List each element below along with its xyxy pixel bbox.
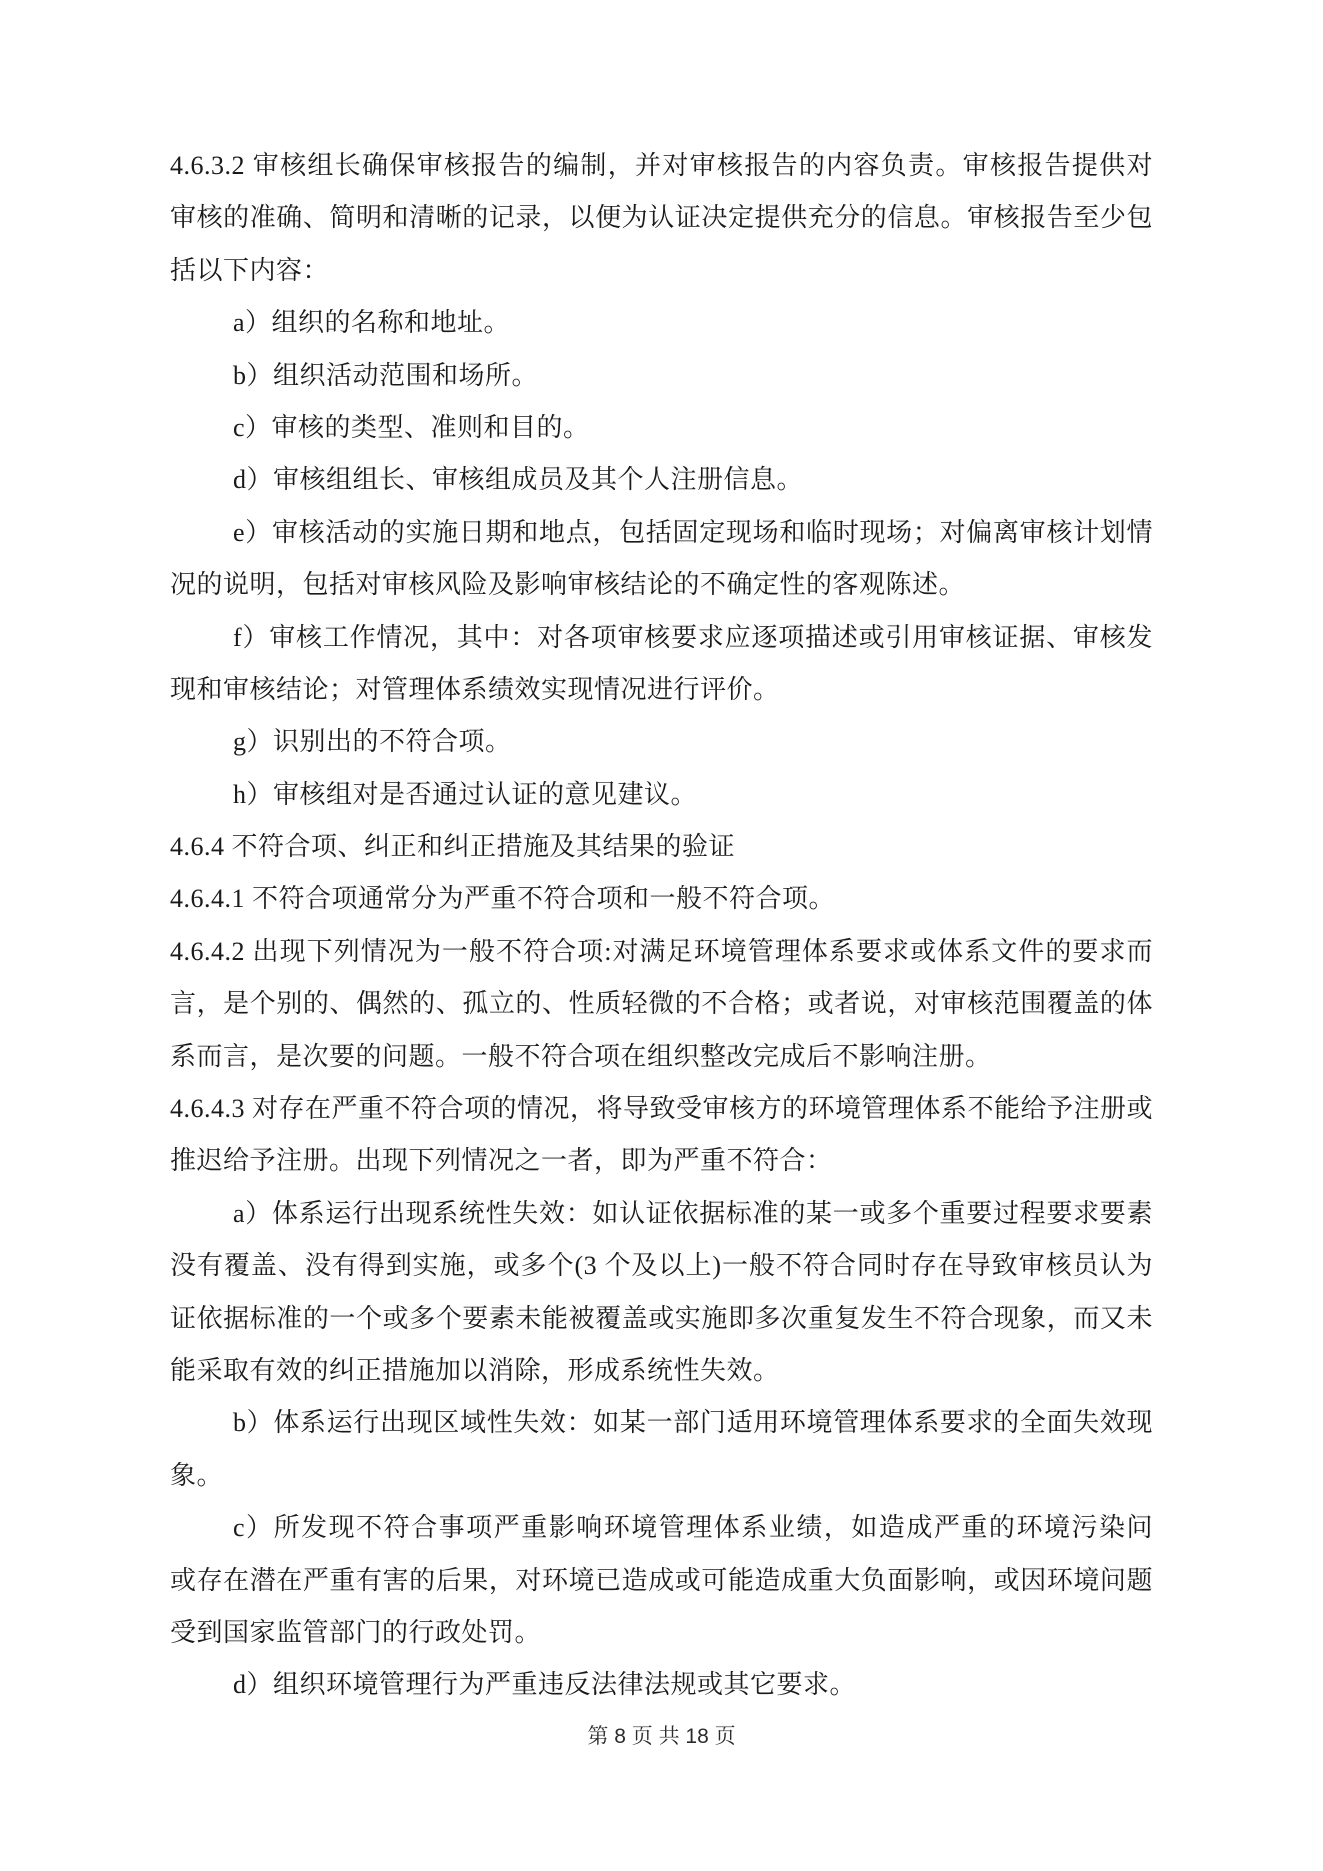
document-page: 4.6.3.2 审核组长确保审核报告的编制，并对审核报告的内容负责。审核报告提供…	[0, 0, 1323, 1871]
text-line: 况的说明，包括对审核风险及影响审核结论的不确定性的客观陈述。	[170, 559, 1153, 611]
text-line: 受到国家监管部门的行政处罚。	[170, 1607, 1153, 1659]
page-footer: 第 8 页 共 18 页	[0, 1722, 1323, 1752]
list-item-line: c）审核的类型、准则和目的。	[170, 402, 1153, 454]
text-line: 4.6.4.1 不符合项通常分为严重不符合项和一般不符合项。	[170, 873, 1153, 925]
text-line: 或存在潜在严重有害的后果，对环境已造成或可能造成重大负面影响，或因环境问题	[170, 1555, 1153, 1607]
list-item-line: d）组织环境管理行为严重违反法律法规或其它要求。	[170, 1659, 1153, 1711]
text-line: 推迟给予注册。出现下列情况之一者，即为严重不符合：	[170, 1135, 1153, 1187]
list-item-line: b）体系运行出现区域性失效：如某一部门适用环境管理体系要求的全面失效现	[170, 1397, 1153, 1449]
text-line: 言，是个别的、偶然的、孤立的、性质轻微的不合格；或者说，对审核范围覆盖的体	[170, 978, 1153, 1030]
list-item-line: b）组织活动范围和场所。	[170, 350, 1153, 402]
list-item-line: e）审核活动的实施日期和地点，包括固定现场和临时现场；对偏离审核计划情	[170, 507, 1153, 559]
list-item-line: a）体系运行出现系统性失效：如认证依据标准的某一或多个重要过程要求要素	[170, 1188, 1153, 1240]
text-line: 系而言，是次要的问题。一般不符合项在组织整改完成后不影响注册。	[170, 1031, 1153, 1083]
text-line: 4.6.3.2 审核组长确保审核报告的编制，并对审核报告的内容负责。审核报告提供…	[170, 140, 1153, 192]
text-line: 4.6.4.3 对存在严重不符合项的情况，将导致受审核方的环境管理体系不能给予注…	[170, 1083, 1153, 1135]
text-line: 4.6.4.2 出现下列情况为一般不符合项:对满足环境管理体系要求或体系文件的要…	[170, 926, 1153, 978]
text-line: 括以下内容：	[170, 245, 1153, 297]
page-content: 4.6.3.2 审核组长确保审核报告的编制，并对审核报告的内容负责。审核报告提供…	[170, 140, 1153, 1712]
text-line: 证依据标准的一个或多个要素未能被覆盖或实施即多次重复发生不符合现象，而又未	[170, 1293, 1153, 1345]
list-item-line: a）组织的名称和地址。	[170, 297, 1153, 349]
text-line: 象。	[170, 1450, 1153, 1502]
text-line: 能采取有效的纠正措施加以消除，形成系统性失效。	[170, 1345, 1153, 1397]
list-item-line: f）审核工作情况，其中：对各项审核要求应逐项描述或引用审核证据、审核发	[170, 612, 1153, 664]
list-item-line: h）审核组对是否通过认证的意见建议。	[170, 769, 1153, 821]
list-item-line: c）所发现不符合事项严重影响环境管理体系业绩，如造成严重的环境污染问题，	[170, 1502, 1153, 1554]
text-line: 没有覆盖、没有得到实施，或多个(3 个及以上)一般不符合同时存在导致审核员认为认	[170, 1240, 1153, 1292]
section-heading-line: 4.6.4 不符合项、纠正和纠正措施及其结果的验证	[170, 821, 1153, 873]
list-item-line: g）识别出的不符合项。	[170, 716, 1153, 768]
text-line: 审核的准确、简明和清晰的记录，以便为认证决定提供充分的信息。审核报告至少包	[170, 192, 1153, 244]
list-item-line: d）审核组组长、审核组成员及其个人注册信息。	[170, 454, 1153, 506]
text-line: 现和审核结论；对管理体系绩效实现情况进行评价。	[170, 664, 1153, 716]
